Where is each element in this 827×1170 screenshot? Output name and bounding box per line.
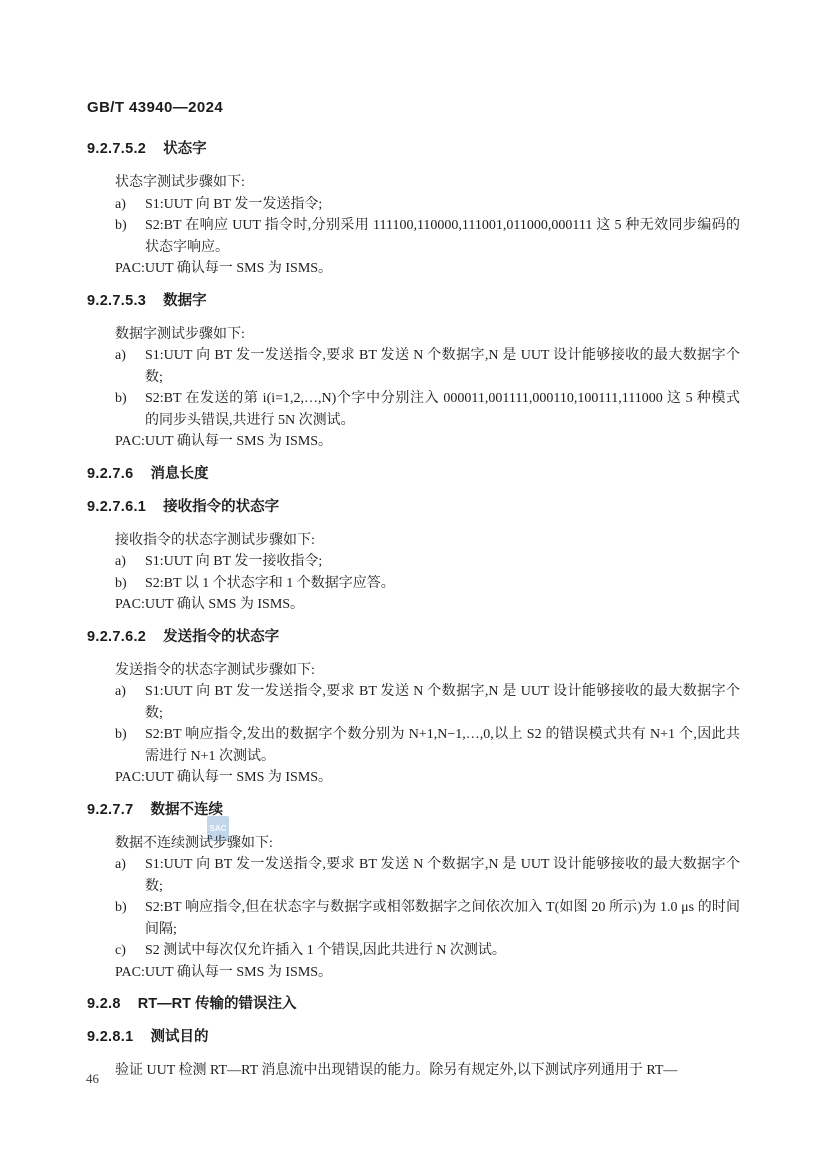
pac-line: PAC:UUT 确认每一 SMS 为 ISMS。 xyxy=(87,431,740,453)
section-number: 9.2.7.5.2 xyxy=(87,141,146,157)
section-title: 状态字 xyxy=(163,141,207,157)
list-item-text: S2:BT 在发送的第 i(i=1,2,…,N)个字中分别注入 000011,0… xyxy=(145,391,740,428)
list-item-text: S1:UUT 向 BT 发一发送指令; xyxy=(145,197,322,212)
list-item-text: S1:UUT 向 BT 发一发送指令,要求 BT 发送 N 个数据字,N 是 U… xyxy=(145,348,740,385)
list-marker: a) xyxy=(115,551,126,573)
section-heading: 9.2.7.5.3 数据字 xyxy=(87,291,740,311)
section-9-2-8-1: 9.2.8.1 测试目的 验证 UUT 检测 RT—RT 消息流中出现错误的能力… xyxy=(87,1027,740,1082)
section-title: 消息长度 xyxy=(150,466,208,482)
page-content: GB/T 43940—2024 9.2.7.5.2 状态字 状态字测试步骤如下:… xyxy=(87,99,740,1082)
list-marker: b) xyxy=(115,215,127,237)
section-number: 9.2.8.1 xyxy=(87,1029,133,1045)
list-item: a) S1:UUT 向 BT 发一发送指令; xyxy=(87,194,740,216)
section-paragraph: 验证 UUT 检测 RT—RT 消息流中出现错误的能力。除另有规定外,以下测试序… xyxy=(87,1060,740,1082)
section-9-2-7-7: 9.2.7.7 数据不连续 数据不连续测试步骤如下: a) S1:UUT 向 B… xyxy=(87,800,740,984)
section-heading: 9.2.7.6.2 发送指令的状态字 xyxy=(87,627,740,647)
pac-line: PAC:UUT 确认每一 SMS 为 ISMS。 xyxy=(87,767,740,789)
list-item-text: S2:BT 在响应 UUT 指令时,分别采用 111100,110000,111… xyxy=(145,218,740,255)
list-marker: b) xyxy=(115,388,127,410)
section-intro: 数据不连续测试步骤如下: xyxy=(87,833,740,855)
list-item: c) S2 测试中每次仅允许插入 1 个错误,因此共进行 N 次测试。 xyxy=(87,940,740,962)
list-item: b) S2:BT 在响应 UUT 指令时,分别采用 111100,110000,… xyxy=(87,215,740,258)
list-item: a) S1:UUT 向 BT 发一接收指令; xyxy=(87,551,740,573)
list-item-text: S2:BT 以 1 个状态字和 1 个数据字应答。 xyxy=(145,576,395,591)
list-item: b) S2:BT 响应指令,发出的数据字个数分别为 N+1,N−1,…,0,以上… xyxy=(87,724,740,767)
standard-number-header: GB/T 43940—2024 xyxy=(87,99,740,116)
section-title: 数据字 xyxy=(163,293,207,309)
section-number: 9.2.7.7 xyxy=(87,802,133,818)
section-heading: 9.2.8 RT—RT 传输的错误注入 xyxy=(87,994,740,1014)
section-intro: 发送指令的状态字测试步骤如下: xyxy=(87,660,740,682)
list-item: a) S1:UUT 向 BT 发一发送指令,要求 BT 发送 N 个数据字,N … xyxy=(87,681,740,724)
list-item: b) S2:BT 响应指令,但在状态字与数据字或相邻数据字之间依次加入 T(如图… xyxy=(87,897,740,940)
section-heading: 9.2.8.1 测试目的 xyxy=(87,1027,740,1047)
list-marker: b) xyxy=(115,724,127,746)
section-heading: 9.2.7.5.2 状态字 xyxy=(87,139,740,159)
section-title: 发送指令的状态字 xyxy=(163,629,279,645)
pac-line: PAC:UUT 确认 SMS 为 ISMS。 xyxy=(87,594,740,616)
section-9-2-7-5-2: 9.2.7.5.2 状态字 状态字测试步骤如下: a) S1:UUT 向 BT … xyxy=(87,139,740,280)
section-number: 9.2.8 xyxy=(87,996,121,1012)
section-9-2-8: 9.2.8 RT—RT 传输的错误注入 xyxy=(87,994,740,1014)
list-marker: a) xyxy=(115,681,126,703)
list-item: b) S2:BT 以 1 个状态字和 1 个数据字应答。 xyxy=(87,573,740,595)
list-marker: a) xyxy=(115,854,126,876)
pac-line: PAC:UUT 确认每一 SMS 为 ISMS。 xyxy=(87,258,740,280)
list-item-text: S1:UUT 向 BT 发一发送指令,要求 BT 发送 N 个数据字,N 是 U… xyxy=(145,684,740,721)
list-item: a) S1:UUT 向 BT 发一发送指令,要求 BT 发送 N 个数据字,N … xyxy=(87,345,740,388)
section-title: 接收指令的状态字 xyxy=(163,499,279,515)
section-9-2-7-5-3: 9.2.7.5.3 数据字 数据字测试步骤如下: a) S1:UUT 向 BT … xyxy=(87,291,740,453)
section-heading: 9.2.7.7 数据不连续 xyxy=(87,800,740,820)
section-number: 9.2.7.6.1 xyxy=(87,499,146,515)
section-9-2-7-6-2: 9.2.7.6.2 发送指令的状态字 发送指令的状态字测试步骤如下: a) S1… xyxy=(87,627,740,789)
section-heading: 9.2.7.6 消息长度 xyxy=(87,464,740,484)
section-intro: 状态字测试步骤如下: xyxy=(87,172,740,194)
list-item-text: S2:BT 响应指令,但在状态字与数据字或相邻数据字之间依次加入 T(如图 20… xyxy=(145,900,740,937)
section-9-2-7-6-1: 9.2.7.6.1 接收指令的状态字 接收指令的状态字测试步骤如下: a) S1… xyxy=(87,497,740,616)
pac-line: PAC:UUT 确认每一 SMS 为 ISMS。 xyxy=(87,962,740,984)
section-9-2-7-6: 9.2.7.6 消息长度 xyxy=(87,464,740,484)
section-intro: 接收指令的状态字测试步骤如下: xyxy=(87,530,740,552)
section-number: 9.2.7.6 xyxy=(87,466,133,482)
section-title: 测试目的 xyxy=(150,1029,208,1045)
list-item-text: S2:BT 响应指令,发出的数据字个数分别为 N+1,N−1,…,0,以上 S2… xyxy=(145,727,740,764)
list-item: b) S2:BT 在发送的第 i(i=1,2,…,N)个字中分别注入 00001… xyxy=(87,388,740,431)
section-heading: 9.2.7.6.1 接收指令的状态字 xyxy=(87,497,740,517)
list-item-text: S2 测试中每次仅允许插入 1 个错误,因此共进行 N 次测试。 xyxy=(145,943,506,958)
list-marker: b) xyxy=(115,897,127,919)
list-item-text: S1:UUT 向 BT 发一接收指令; xyxy=(145,554,322,569)
list-item-text: S1:UUT 向 BT 发一发送指令,要求 BT 发送 N 个数据字,N 是 U… xyxy=(145,857,740,894)
section-intro: 数据字测试步骤如下: xyxy=(87,324,740,346)
section-title: 数据不连续 xyxy=(150,802,223,818)
section-title: RT—RT 传输的错误注入 xyxy=(138,996,297,1012)
list-marker: b) xyxy=(115,573,127,595)
document-page: SAC GB/T 43940—2024 9.2.7.5.2 状态字 状态字测试步… xyxy=(0,0,827,1170)
list-marker: a) xyxy=(115,345,126,367)
section-number: 9.2.7.6.2 xyxy=(87,629,146,645)
list-item: a) S1:UUT 向 BT 发一发送指令,要求 BT 发送 N 个数据字,N … xyxy=(87,854,740,897)
list-marker: c) xyxy=(115,940,126,962)
section-number: 9.2.7.5.3 xyxy=(87,293,146,309)
list-marker: a) xyxy=(115,194,126,216)
